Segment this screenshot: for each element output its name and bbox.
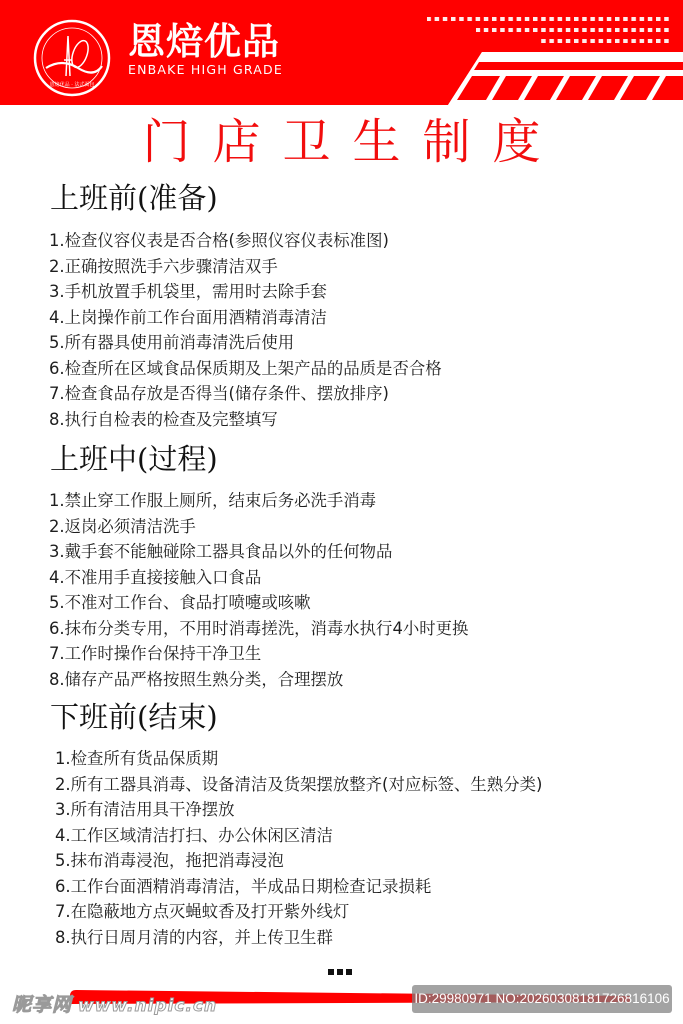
list-item: 3.手机放置手机袋里，需用时去除手套 [49,279,442,305]
before-shift-list: 1.检查仪容仪表是否合格(参照仪容仪表标准图) 2.正确按照洗手六步骤清洁双手 … [49,228,442,432]
list-item: 1.检查仪容仪表是否合格(参照仪容仪表标准图) [49,228,442,254]
section-heading-during-shift: 上班中(过程) [50,441,218,477]
watermark-id-badge: ID:29980971 NO:20260308181726816106 [412,985,672,1013]
list-item: 3.所有清洁用具干净摆放 [55,797,542,823]
brand-name-en: ENBAKE HIGH GRADE [128,62,283,77]
list-item: 6.检查所在区域食品保质期及上架产品的品质是否合格 [49,356,442,382]
list-item: 2.返岗必须清洁洗手 [49,514,468,540]
svg-text:恩焙优品 · 法式面包: 恩焙优品 · 法式面包 [50,81,95,88]
list-item: 2.所有工器具消毒、设备清洁及货架摆放整齐(对应标签、生熟分类) [55,772,542,798]
list-item: 5.不准对工作台、食品打喷嚏或咳嗽 [49,590,468,616]
list-item: 4.工作区域清洁打扫、办公休闲区清洁 [55,823,542,849]
watermark-url: www.nipic.cn [78,996,217,1016]
section-heading-before-shift: 上班前(准备) [50,180,218,216]
ellipsis-dots-icon [328,969,352,975]
list-item: 6.抹布分类专用，不用时消毒搓洗，消毒水执行4小时更换 [49,616,468,642]
list-item: 2.正确按照洗手六步骤清洁双手 [49,254,442,280]
list-item: 5.抹布消毒浸泡，拖把消毒浸泡 [55,848,542,874]
list-item: 6.工作台面酒精消毒清洁，半成品日期检查记录损耗 [55,874,542,900]
list-item: 8.执行日周月清的内容，并上传卫生群 [55,925,542,951]
list-item: 1.检查所有货品保质期 [55,746,542,772]
end-shift-list: 1.检查所有货品保质期 2.所有工器具消毒、设备清洁及货架摆放整齐(对应标签、生… [55,746,542,950]
during-shift-list: 1.禁止穿工作服上厕所，结束后务必洗手消毒 2.返岗必须清洁洗手 3.戴手套不能… [49,488,468,692]
section-heading-end-shift: 下班前(结束) [50,699,218,735]
page-title: 门店卫生制度 [0,112,683,172]
header-banner: 恩焙优品 · 法式面包 恩焙优品 ENBAKE HIGH GRADE [0,0,683,105]
list-item: 4.不准用手直接接触入口食品 [49,565,468,591]
list-item: 8.执行自检表的检查及完整填写 [49,407,442,433]
bakery-emblem-icon: 恩焙优品 · 法式面包 [32,18,112,98]
watermark-site-name: 昵享网 [12,994,72,1016]
list-item: 1.禁止穿工作服上厕所，结束后务必洗手消毒 [49,488,468,514]
list-item: 3.戴手套不能触碰除工器具食品以外的任何物品 [49,539,468,565]
watermark-site: 昵享网www.nipic.cn [12,990,217,1017]
list-item: 4.上岗操作前工作台面用酒精消毒清洁 [49,305,442,331]
brand-name-cn: 恩焙优品 [128,22,280,62]
list-item: 5.所有器具使用前消毒清洗后使用 [49,330,442,356]
list-item: 7.在隐蔽地方点灭蝇蚊香及打开紫外线灯 [55,899,542,925]
list-item: 8.储存产品严格按照生熟分类，合理摆放 [49,667,468,693]
list-item: 7.检查食品存放是否得当(储存条件、摆放排序) [49,381,442,407]
list-item: 7.工作时操作台保持干净卫生 [49,641,468,667]
